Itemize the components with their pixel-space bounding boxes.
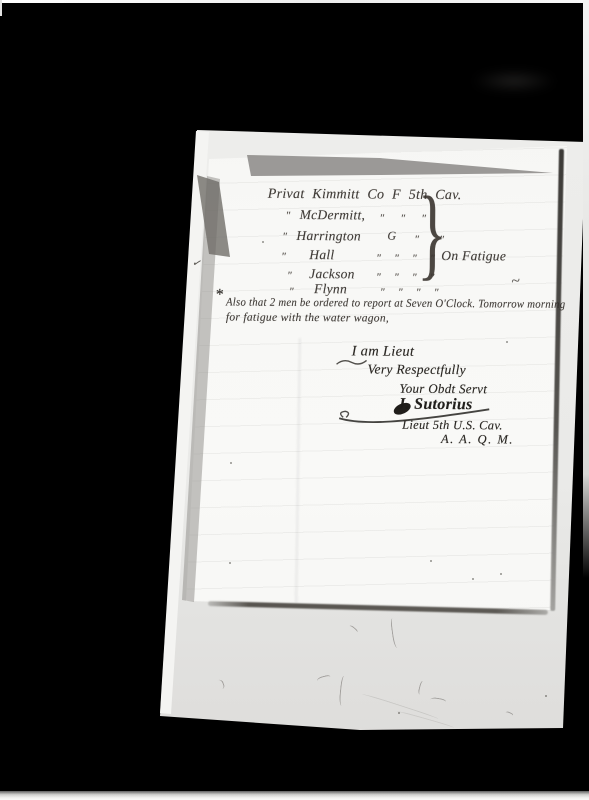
closing-salutation: I am Lieut [352,343,415,360]
roster-name: McDermitt, [300,207,366,223]
scan-edge-left-sliver [0,0,2,16]
signature-office: A. A. Q. M. [441,432,514,448]
ditto-mark: ″ [286,210,291,222]
ditto-mark: ″ [282,231,287,243]
roster-company-letter: G [387,229,396,244]
roster-name: Harrington [296,228,361,244]
scan-edge-top-strip [0,0,589,3]
closing-respectfully: Very Respectfully [367,361,466,378]
roster-name: Hall [309,247,334,263]
scan-edge-right-strip [583,0,589,578]
signature-rank: Lieut 5th U.S. Cav. [402,418,503,434]
note-line-2: for fatigue with the water wagon, [226,311,389,324]
scanned-document-page: Privat Kimmitt Co F 5th Cav. ″ McDermitt… [0,0,589,800]
margin-check-mark: ✓ [191,257,202,270]
note-marker: * [215,286,223,304]
roster-name: Jackson [309,266,355,282]
roster-brace: } [417,182,448,285]
ditto-mark: ″ [281,251,286,263]
roster-name: Flynn [314,281,347,297]
handwriting-layer: Privat Kimmitt Co F 5th Cav. ″ McDermitt… [0,0,589,800]
note-line-1: Also that 2 men be ordered to report at … [226,296,566,310]
margin-squiggle: ~ [510,272,521,291]
scan-edge-bottom-strip [0,791,589,800]
fatigue-annotation: On Fatigue [441,248,506,264]
ditto-mark: ″ [287,270,292,282]
